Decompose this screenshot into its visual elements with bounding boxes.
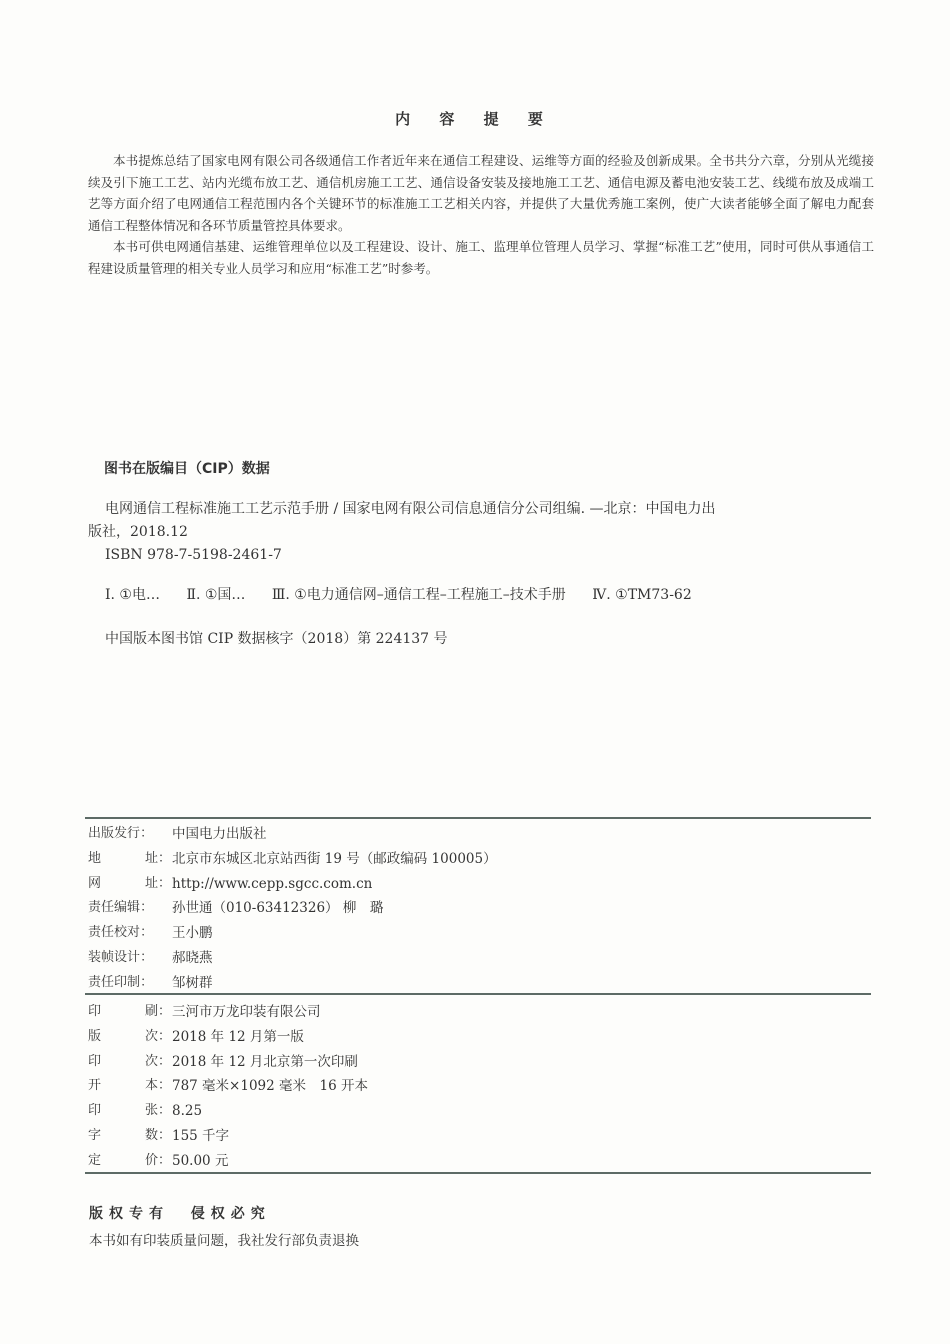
info-label-char: 次 bbox=[145, 1025, 158, 1050]
info-row: 责任校对：王小鹏 bbox=[88, 921, 497, 946]
info-label-separator: ： bbox=[140, 826, 153, 841]
info-label-char: 定 bbox=[88, 1149, 101, 1174]
info-value: 2018 年 12 月北京第一次印刷 bbox=[172, 1050, 358, 1075]
info-value: 孙世通（010-63412326） 柳 璐 bbox=[172, 896, 383, 921]
info-label-char: 版 bbox=[88, 1025, 101, 1050]
summary-paragraph-1: 本书提炼总结了国家电网有限公司各级通信工作者近年来在通信工程建设、运维等方面的经… bbox=[88, 150, 874, 236]
info-label-char: 址 bbox=[145, 847, 158, 872]
info-label-char: 网 bbox=[88, 872, 101, 897]
info-label-char: 出 bbox=[88, 826, 101, 841]
info-label-char: 编 bbox=[114, 900, 127, 915]
info-value: 北京市东城区北京站西街 19 号（邮政编码 100005） bbox=[172, 847, 497, 872]
cip-class-3: Ⅲ. ①电力通信网–通信工程–工程施工–技术手册 bbox=[272, 587, 566, 603]
info-label-char: 任 bbox=[101, 925, 114, 940]
cip-record-line-2: 版社，2018.12 bbox=[88, 521, 874, 544]
info-row: 开本：787 毫米×1092 毫米 16 开本 bbox=[88, 1074, 368, 1099]
info-label-separator: ： bbox=[140, 950, 153, 965]
info-label-separator: ： bbox=[158, 1000, 171, 1025]
info-value: 中国电力出版社 bbox=[172, 822, 267, 847]
print-info: 印刷：三河市万龙印装有限公司版次：2018 年 12 月第一版印次：2018 年… bbox=[88, 1000, 368, 1174]
info-row: 装帧设计：郝晓燕 bbox=[88, 946, 497, 971]
info-label-separator: ： bbox=[158, 1124, 171, 1149]
info-row: 网址：http://www.cepp.sgcc.com.cn bbox=[88, 872, 497, 897]
divider-top bbox=[85, 817, 871, 819]
cip-record: 电网通信工程标准施工工艺示范手册 / 国家电网有限公司信息通信分公司组编. —北… bbox=[88, 498, 874, 567]
info-label-char: 开 bbox=[88, 1074, 101, 1099]
cip-class-4: Ⅳ. ①TM73-62 bbox=[592, 587, 691, 603]
info-label-char: 辑 bbox=[127, 900, 140, 915]
summary-body: 本书提炼总结了国家电网有限公司各级通信工作者近年来在通信工程建设、运维等方面的经… bbox=[88, 150, 874, 279]
info-label: 印刷： bbox=[88, 1000, 172, 1025]
info-value: 787 毫米×1092 毫米 16 开本 bbox=[172, 1074, 368, 1099]
summary-title: 内 容 提 要 bbox=[0, 108, 950, 129]
info-label: 印次： bbox=[88, 1050, 172, 1075]
info-label-char: 次 bbox=[145, 1050, 158, 1075]
info-label-separator: ： bbox=[158, 1074, 171, 1099]
info-value: 郝晓燕 bbox=[172, 946, 213, 971]
info-row: 出版发行：中国电力出版社 bbox=[88, 822, 497, 847]
info-label-char: 发 bbox=[114, 826, 127, 841]
cip-title: 图书在版编目（CIP）数据 bbox=[104, 458, 270, 478]
info-label-char: 本 bbox=[145, 1074, 158, 1099]
info-label-char: 印 bbox=[88, 1050, 101, 1075]
info-label-char: 址 bbox=[145, 872, 158, 897]
info-label-char: 印 bbox=[114, 975, 127, 990]
publisher-info: 出版发行：中国电力出版社地址：北京市东城区北京站西街 19 号（邮政编码 100… bbox=[88, 822, 497, 996]
info-label-char: 地 bbox=[88, 847, 101, 872]
info-label: 出版发行： bbox=[88, 822, 172, 847]
info-label-char: 版 bbox=[101, 826, 114, 841]
info-label: 责任校对： bbox=[88, 921, 172, 946]
info-row: 印次：2018 年 12 月北京第一次印刷 bbox=[88, 1050, 368, 1075]
info-label-char: 计 bbox=[127, 950, 140, 965]
info-label-char: 价 bbox=[145, 1149, 158, 1174]
info-label-char: 责 bbox=[88, 925, 101, 940]
info-label-char: 任 bbox=[101, 900, 114, 915]
cip-class-1: Ⅰ. ①电… bbox=[105, 587, 160, 603]
cip-record-line-1: 电网通信工程标准施工工艺示范手册 / 国家电网有限公司信息通信分公司组编. —北… bbox=[88, 498, 874, 521]
info-label-char: 装 bbox=[88, 950, 101, 965]
info-label-separator: ： bbox=[140, 925, 153, 940]
info-label: 地址： bbox=[88, 847, 172, 872]
info-label: 印张： bbox=[88, 1099, 172, 1124]
summary-paragraph-2: 本书可供电网通信基建、运维管理单位以及工程建设、设计、施工、监理单位管理人员学习… bbox=[88, 236, 874, 279]
info-label-separator: ： bbox=[158, 872, 171, 897]
info-label: 装帧设计： bbox=[88, 946, 172, 971]
info-row: 地址：北京市东城区北京站西街 19 号（邮政编码 100005） bbox=[88, 847, 497, 872]
info-label-separator: ： bbox=[158, 1099, 171, 1124]
info-label: 开本： bbox=[88, 1074, 172, 1099]
copyright-title: 版权专有 侵权必究 bbox=[89, 1203, 271, 1223]
info-value: http://www.cepp.sgcc.com.cn bbox=[172, 872, 372, 897]
cip-classification: Ⅰ. ①电… Ⅱ. ①国… Ⅲ. ①电力通信网–通信工程–工程施工–技术手册 Ⅳ… bbox=[105, 584, 714, 604]
info-row: 印刷：三河市万龙印装有限公司 bbox=[88, 1000, 368, 1025]
info-label-char: 对 bbox=[127, 925, 140, 940]
info-label-char: 数 bbox=[145, 1124, 158, 1149]
info-label-char: 校 bbox=[114, 925, 127, 940]
info-label-char: 张 bbox=[145, 1099, 158, 1124]
info-label-char: 任 bbox=[101, 975, 114, 990]
info-label-separator: ： bbox=[140, 900, 153, 915]
info-value: 2018 年 12 月第一版 bbox=[172, 1025, 304, 1050]
info-label-char: 责 bbox=[88, 900, 101, 915]
info-label-char: 设 bbox=[114, 950, 127, 965]
copyright-note: 本书如有印装质量问题，我社发行部负责退换 bbox=[89, 1229, 359, 1249]
info-label-char: 行 bbox=[127, 826, 140, 841]
cip-isbn: ISBN 978-7-5198-2461-7 bbox=[88, 544, 874, 567]
info-label: 责任印制： bbox=[88, 971, 172, 996]
info-label-separator: ： bbox=[158, 847, 171, 872]
info-row: 定价：50.00 元 bbox=[88, 1149, 368, 1174]
info-label-char: 帧 bbox=[101, 950, 114, 965]
info-label-char: 制 bbox=[127, 975, 140, 990]
info-row: 版次：2018 年 12 月第一版 bbox=[88, 1025, 368, 1050]
info-value: 邹树群 bbox=[172, 971, 213, 996]
info-label: 版次： bbox=[88, 1025, 172, 1050]
info-value: 50.00 元 bbox=[172, 1149, 228, 1174]
info-label-separator: ： bbox=[158, 1149, 171, 1174]
info-label-char: 字 bbox=[88, 1124, 101, 1149]
info-label: 责任编辑： bbox=[88, 896, 172, 921]
info-row: 责任印制：邹树群 bbox=[88, 971, 497, 996]
info-row: 印张：8.25 bbox=[88, 1099, 368, 1124]
info-value: 王小鹏 bbox=[172, 921, 213, 946]
info-value: 8.25 bbox=[172, 1099, 202, 1124]
info-label-char: 责 bbox=[88, 975, 101, 990]
info-label: 字数： bbox=[88, 1124, 172, 1149]
info-label: 网址： bbox=[88, 872, 172, 897]
info-value: 155 千字 bbox=[172, 1124, 229, 1149]
info-label-separator: ： bbox=[158, 1050, 171, 1075]
info-label: 定价： bbox=[88, 1149, 172, 1174]
info-label-char: 印 bbox=[88, 1000, 101, 1025]
cip-verification-number: 中国版本图书馆 CIP 数据核字（2018）第 224137 号 bbox=[105, 628, 448, 648]
info-value: 三河市万龙印装有限公司 bbox=[172, 1000, 321, 1025]
info-label-separator: ： bbox=[158, 1025, 171, 1050]
info-label-char: 印 bbox=[88, 1099, 101, 1124]
info-label-separator: ： bbox=[140, 975, 153, 990]
info-label-char: 刷 bbox=[145, 1000, 158, 1025]
info-row: 责任编辑：孙世通（010-63412326） 柳 璐 bbox=[88, 896, 497, 921]
info-row: 字数：155 千字 bbox=[88, 1124, 368, 1149]
cip-class-2: Ⅱ. ①国… bbox=[186, 587, 245, 603]
